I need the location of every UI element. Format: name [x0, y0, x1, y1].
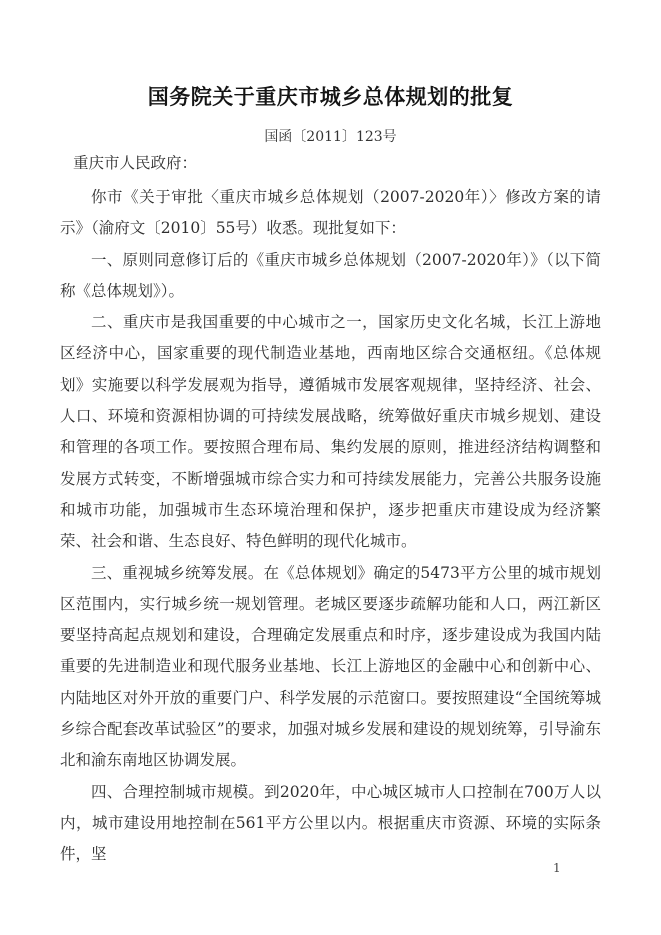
paragraph-item-2: 二、重庆市是我国重要的中心城市之一，国家历史文化名城，长江上游地区经济中心，国家… [60, 307, 601, 557]
paragraph-item-4: 四、合理控制城市规模。到2020年，中心城区城市人口控制在700万人以内，城市建… [60, 777, 601, 871]
document-page: 国务院关于重庆市城乡总体规划的批复 国函〔2011〕123号 重庆市人民政府： … [0, 0, 661, 935]
paragraph-intro: 你市《关于审批〈重庆市城乡总体规划（2007-2020年）〉修改方案的请示》（渝… [60, 182, 601, 245]
paragraph-item-3: 三、重视城乡统筹发展。在《总体规划》确定的5473平方公里的城市规划区范围内，实… [60, 558, 601, 777]
document-title: 国务院关于重庆市城乡总体规划的批复 [0, 84, 661, 110]
paragraph-item-1: 一、原则同意修订后的《重庆市城乡总体规划（2007-2020年）》（以下简称《总… [60, 245, 601, 308]
page-number: 1 [553, 861, 561, 875]
salutation-line: 重庆市人民政府： [73, 153, 197, 173]
document-number: 国函〔2011〕123号 [0, 128, 661, 146]
document-body: 你市《关于审批〈重庆市城乡总体规划（2007-2020年）〉修改方案的请示》（渝… [60, 182, 601, 871]
